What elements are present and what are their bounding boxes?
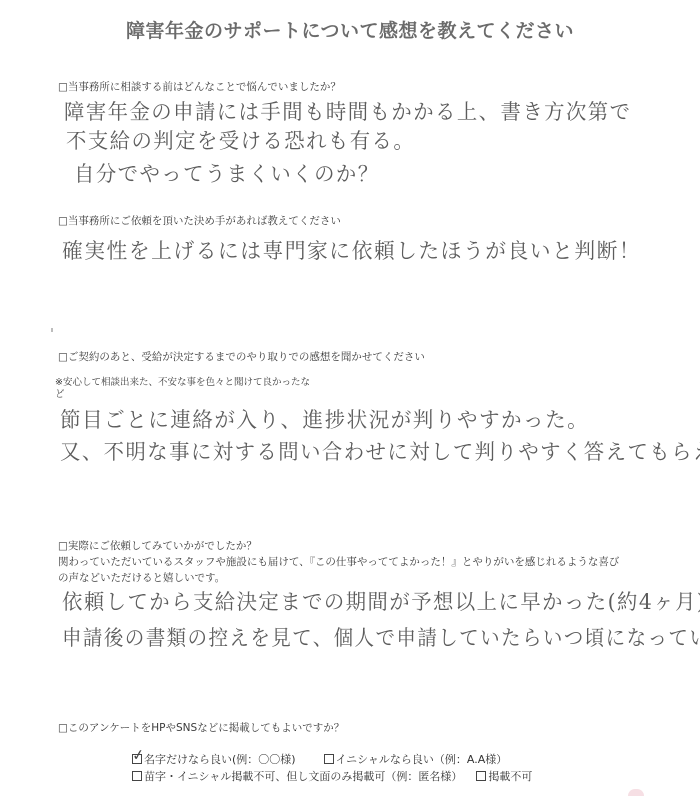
answer-line: 又、不明な事に対する問い合わせに対して判りやすく答えてもらえた。 — [60, 436, 700, 466]
question-worries-before: □当事務所に相談する前はどんなことで悩んでいましたか？ — [58, 80, 341, 94]
question-deciding-factor: □当事務所にご依頼を頂いた決め手があれば教えてください — [58, 214, 341, 228]
answer-line: 自分でやってうまくいくのか？ — [74, 158, 380, 188]
option-label: イニシャルなら良い（例：A.A様） — [336, 751, 508, 767]
option-label: 苗字・イニシャル掲載不可、但し文面のみ掲載可（例：匿名様） — [144, 768, 462, 784]
question-subtext: 関わっていただいているスタッフや施設にも届けて、『この仕事やっててよかった！』と… — [58, 554, 619, 570]
question-publish-consent: □このアンケートをHPやSNSなどに掲載してもよいですか？ — [58, 721, 344, 735]
consent-option-initials-only[interactable]: イニシャルなら良い（例：A.A様） — [324, 751, 508, 767]
consent-options-row-1: ✓ 名字だけなら良い(例：〇〇様) イニシャルなら良い（例：A.A様） — [132, 751, 533, 767]
question-note: ど — [55, 389, 65, 401]
checkbox[interactable] — [324, 754, 334, 764]
question-interaction-impressions: □ご契約のあと、受給が決定するまでのやり取りでの感想を聞かせてください — [58, 350, 425, 364]
question-experience: □実際にご依頼してみていかがでしたか？ — [58, 539, 257, 553]
consent-option-text-only[interactable]: 苗字・イニシャル掲載不可、但し文面のみ掲載可（例：匿名様） — [132, 768, 462, 784]
stamp-mark — [628, 789, 644, 796]
answer-line: 障害年金の申請には手間も時間もかかる上、書き方次第で — [64, 96, 631, 126]
consent-option-surname-only[interactable]: ✓ 名字だけなら良い(例：〇〇様) — [132, 751, 296, 767]
scan-speck — [51, 328, 53, 332]
question-subtext: の声などいただけると嬉しいです。 — [58, 570, 225, 586]
consent-options-row-2: 苗字・イニシャル掲載不可、但し文面のみ掲載可（例：匿名様） 掲載不可 — [132, 768, 558, 784]
answer-line: 依頼してから支給決定までの期間が予想以上に早かった(約4ヶ月) — [62, 586, 700, 616]
checkbox[interactable]: ✓ — [132, 754, 142, 764]
checkbox[interactable] — [476, 771, 486, 781]
consent-option-no-publish[interactable]: 掲載不可 — [476, 768, 532, 784]
answer-line: 申請後の書類の控えを見て、個人で申請していたらいつ頃になっていた事か… — [62, 622, 700, 652]
option-label: 掲載不可 — [488, 768, 532, 784]
checkbox[interactable] — [132, 771, 142, 781]
answer-line: 不支給の判定を受ける恐れも有る。 — [66, 125, 415, 155]
option-label: 名字だけなら良い(例：〇〇様) — [144, 751, 296, 767]
page-title: 障害年金のサポートについて感想を教えてください — [0, 16, 700, 43]
answer-line: 確実性を上げるには専門家に依頼したほうが良いと判断！ — [62, 235, 641, 265]
question-note: ※安心して相談出来た、不安な事を色々と聞けて良かったな — [55, 377, 310, 389]
answer-line: 節目ごとに連絡が入り、進捗状況が判りやすかった。 — [60, 404, 589, 434]
checkmark-icon: ✓ — [131, 745, 146, 765]
